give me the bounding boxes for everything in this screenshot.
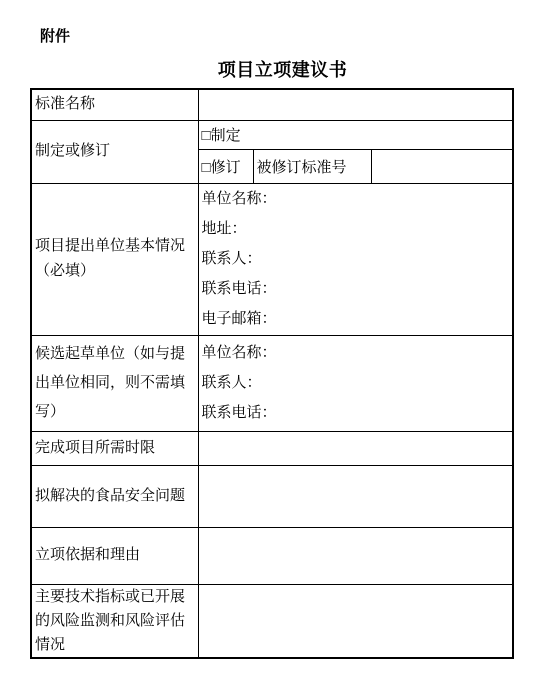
proposing-unit-name-field[interactable]: 单位名称：	[202, 184, 510, 214]
time-limit-label: 完成项目所需时限	[31, 431, 198, 465]
page-title: 项目立项建议书	[30, 56, 535, 82]
revise-option-label: 修订	[211, 160, 241, 176]
standard-name-label: 标准名称	[31, 89, 198, 120]
proposing-unit-info-cell[interactable]: 单位名称： 地址： 联系人： 联系电话： 电子邮箱：	[198, 183, 513, 335]
proposing-unit-contact-phone-field[interactable]: 联系电话：	[202, 274, 510, 304]
formulate-option-cell: □制定	[198, 120, 513, 149]
table-row: 候选起草单位（如与提出单位相同，则不需填写） 单位名称： 联系人： 联系电话：	[31, 335, 513, 431]
candidate-drafting-unit-label: 候选起草单位（如与提出单位相同，则不需填写）	[31, 335, 198, 431]
table-row: 完成项目所需时限	[31, 431, 513, 465]
revised-standard-no-label: 被修订标准号	[253, 149, 371, 183]
table-row: 主要技术指标或已开展的风险监测和风险评估情况	[31, 584, 513, 658]
revise-checkbox[interactable]: □	[202, 160, 211, 176]
candidate-unit-contact-person-field[interactable]: 联系人：	[202, 368, 510, 398]
candidate-unit-name-field[interactable]: 单位名称：	[202, 338, 510, 368]
table-row: 立项依据和理由	[31, 527, 513, 584]
formulate-option-label: 制定	[211, 128, 241, 144]
revised-standard-no-input-cell[interactable]	[371, 149, 513, 183]
basis-and-reasons-input-cell[interactable]	[198, 527, 513, 584]
standard-name-input-cell[interactable]	[198, 89, 513, 120]
proposing-unit-contact-person-field[interactable]: 联系人：	[202, 244, 510, 274]
basis-and-reasons-label: 立项依据和理由	[31, 527, 198, 584]
formulate-or-revise-label: 制定或修订	[31, 120, 198, 183]
proposing-unit-email-field[interactable]: 电子邮箱：	[202, 304, 510, 334]
table-row: 标准名称	[31, 89, 513, 120]
technical-indicators-label: 主要技术指标或已开展的风险监测和风险评估情况	[31, 584, 198, 658]
proposing-unit-address-field[interactable]: 地址：	[202, 214, 510, 244]
table-row: 项目提出单位基本情况（必填） 单位名称： 地址： 联系人： 联系电话： 电子邮箱…	[31, 183, 513, 335]
candidate-unit-info-cell[interactable]: 单位名称： 联系人： 联系电话：	[198, 335, 513, 431]
revise-option-cell: □修订	[198, 149, 253, 183]
food-safety-issues-label: 拟解决的食品安全问题	[31, 465, 198, 527]
formulate-checkbox[interactable]: □	[202, 128, 211, 144]
technical-indicators-input-cell[interactable]	[198, 584, 513, 658]
table-row: 制定或修订 □制定	[31, 120, 513, 149]
candidate-unit-contact-phone-field[interactable]: 联系电话：	[202, 398, 510, 428]
attachment-label: 附件	[40, 25, 70, 46]
proposing-unit-label: 项目提出单位基本情况（必填）	[31, 183, 198, 335]
table-row: 拟解决的食品安全问题	[31, 465, 513, 527]
food-safety-issues-input-cell[interactable]	[198, 465, 513, 527]
project-proposal-form: 标准名称 制定或修订 □制定 □修订 被修订标准号 项目提出单位基本情况（必填）…	[30, 88, 514, 659]
time-limit-input-cell[interactable]	[198, 431, 513, 465]
